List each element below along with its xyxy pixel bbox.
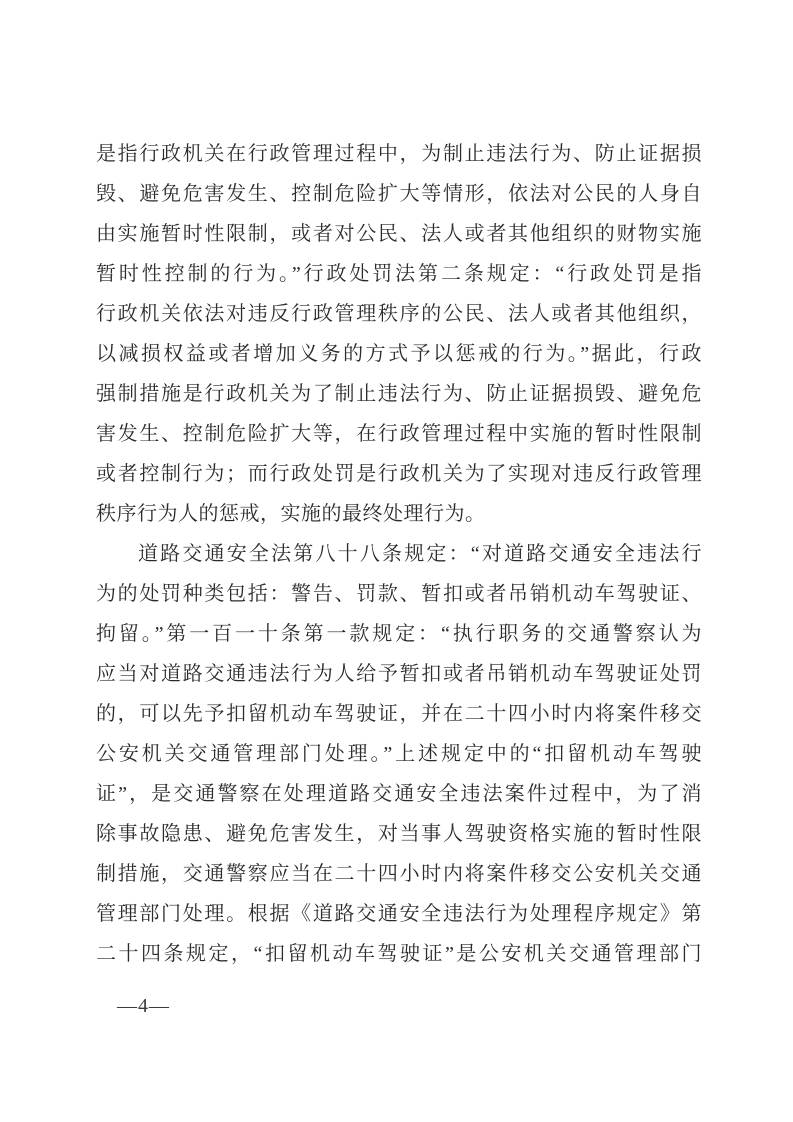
text-line: 由实施暂时性限制，或者对公民、法人或者其他组织的财物实施 [96, 214, 702, 254]
text-line: 以减损权益或者增加义务的方式予以惩戒的行为。”据此，行政 [96, 334, 702, 374]
text-line: 拘留。”第一百一十条第一款规定：“执行职务的交通警察认为 [96, 614, 702, 654]
text-line: 应当对道路交通违法行为人给予暂扣或者吊销机动车驾驶证处罚 [96, 654, 702, 694]
text-line: 二十四条规定，“扣留机动车驾驶证”是公安机关交通管理部门 [96, 934, 702, 974]
text-line-paragraph-end: 秩序行为人的惩戒，实施的最终处理行为。 [96, 494, 702, 534]
text-line: 行政机关依法对违反行政管理秩序的公民、法人或者其他组织， [96, 294, 702, 334]
text-line: 制措施，交通警察应当在二十四小时内将案件移交公安机关交通 [96, 854, 702, 894]
text-line: 公安机关交通管理部门处理。”上述规定中的“扣留机动车驾驶 [96, 734, 702, 774]
text-line: 为的处罚种类包括：警告、罚款、暂扣或者吊销机动车驾驶证、 [96, 574, 702, 614]
text-line: 强制措施是行政机关为了制止违法行为、防止证据损毁、避免危 [96, 374, 702, 414]
text-line: 的，可以先予扣留机动车驾驶证，并在二十四小时内将案件移交 [96, 694, 702, 734]
text-line: 是指行政机关在行政管理过程中，为制止违法行为、防止证据损 [96, 134, 702, 174]
page-number: —4— [117, 994, 170, 1018]
document-page: 是指行政机关在行政管理过程中，为制止违法行为、防止证据损 毁、避免危害发生、控制… [0, 0, 793, 1122]
text-line: 害发生、控制危险扩大等，在行政管理过程中实施的暂时性限制 [96, 414, 702, 454]
text-line: 管理部门处理。根据《道路交通安全违法行为处理程序规定》第 [96, 894, 702, 934]
text-line: 或者控制行为；而行政处罚是行政机关为了实现对违反行政管理 [96, 454, 702, 494]
text-line: 证”，是交通警察在处理道路交通安全违法案件过程中，为了消 [96, 774, 702, 814]
document-body: 是指行政机关在行政管理过程中，为制止违法行为、防止证据损 毁、避免危害发生、控制… [96, 134, 702, 974]
text-line-paragraph-start: 道路交通安全法第八十八条规定：“对道路交通安全违法行 [96, 534, 702, 574]
text-line: 暂时性控制的行为。”行政处罚法第二条规定：“行政处罚是指 [96, 254, 702, 294]
text-line: 毁、避免危害发生、控制危险扩大等情形，依法对公民的人身自 [96, 174, 702, 214]
text-line: 除事故隐患、避免危害发生，对当事人驾驶资格实施的暂时性限 [96, 814, 702, 854]
